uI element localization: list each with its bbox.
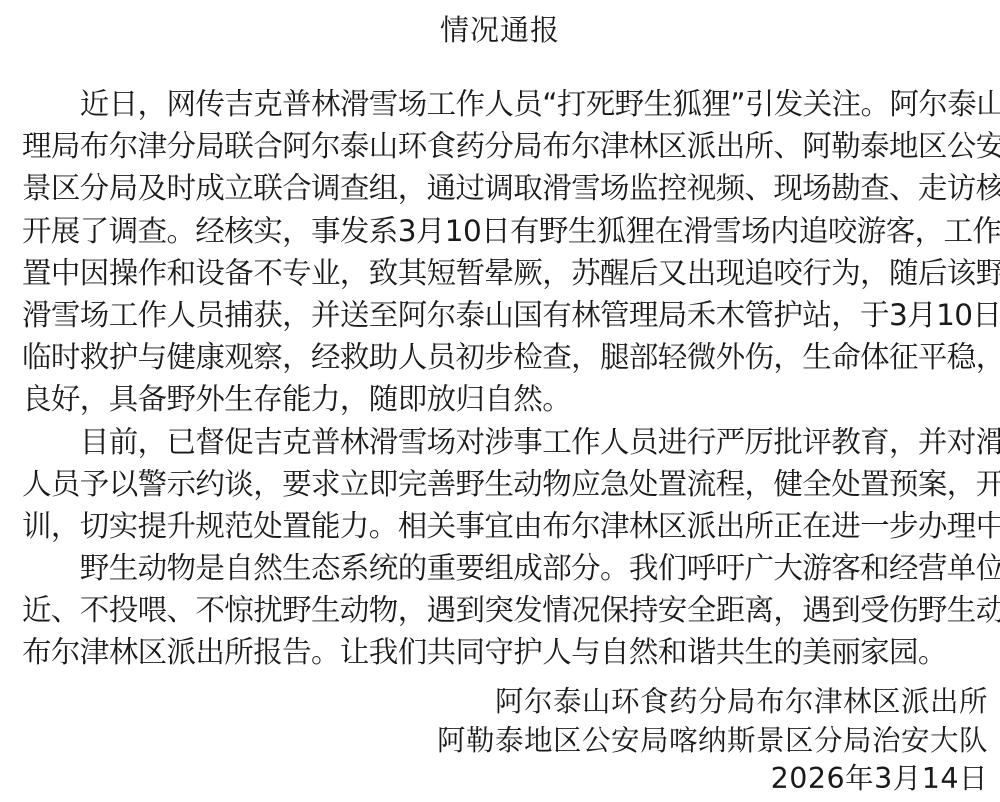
text-line: 人员予以警示约谈，要求立即完善野生动物应急处置流程，健全处置预案，开展全员培	[22, 463, 992, 505]
text-line: 近日，网传吉克普林滑雪场工作人员“打死野生狐狸”引发关注。阿尔泰山国有林管	[22, 83, 992, 125]
text-line: 近、不投喂、不惊扰野生动物，遇到突发情况保持安全距离，遇到受伤野生动物及时向	[22, 589, 992, 631]
text-line: 临时救护与健康观察，经救助人员初步检查，腿部轻微外伤，生命体征平稳，健康状况	[22, 336, 992, 378]
text-line: 良好，具备野外生存能力，随即放归自然。	[22, 378, 992, 420]
text-line: 理局布尔津分局联合阿尔泰山环食药分局布尔津林区派出所、阿勒泰地区公安局喀纳斯	[22, 125, 992, 167]
text-line: 训，切实提升规范处置能力。相关事宜由布尔津林区派出所正在进一步办理中。	[22, 505, 992, 547]
text-line: 野生动物是自然生态系统的重要组成部分。我们呼吁广大游客和经营单位：不靠	[22, 547, 992, 589]
paragraph-appeal: 野生动物是自然生态系统的重要组成部分。我们呼吁广大游客和经营单位：不靠 近、不投…	[22, 547, 992, 674]
paragraph-incident: 近日，网传吉克普林滑雪场工作人员“打死野生狐狸”引发关注。阿尔泰山国有林管 理局…	[22, 83, 992, 421]
issuer-forest-police: 阿尔泰山环食药分局布尔津林区派出所	[437, 683, 988, 722]
text-line: 景区分局及时成立联合调查组，通过调取滑雪场监控视频、现场勘查、走访核实等方式	[22, 167, 992, 209]
text-line: 目前，已督促吉克普林滑雪场对涉事工作人员进行严厉批评教育，并对滑雪场管理	[22, 421, 992, 463]
text-line: 滑雪场工作人员捕获，并送至阿尔泰山国有林管理局禾木管护站，于3月10日至12日进…	[22, 294, 992, 336]
text-line: 布尔津林区派出所报告。让我们共同守护人与自然和谐共生的美丽家园。	[22, 631, 992, 673]
text-line: 开展了调查。经核实，事发系3月10日有野生狐狸在滑雪场内追咬游客，工作人员应急处	[22, 210, 992, 252]
document-body: 近日，网传吉克普林滑雪场工作人员“打死野生狐狸”引发关注。阿尔泰山国有林管 理局…	[22, 83, 992, 674]
text-line: 置中因操作和设备不专业，致其短暂晕厥，苏醒后又出现追咬行为，随后该野生狐狸被	[22, 252, 992, 294]
paragraph-actions: 目前，已督促吉克普林滑雪场对涉事工作人员进行严厉批评教育，并对滑雪场管理 人员予…	[22, 421, 992, 548]
issuer-public-security: 阿勒泰地区公安局喀纳斯景区分局治安大队	[437, 722, 988, 761]
issue-date: 2026年3月14日	[437, 760, 988, 799]
signature-block: 阿尔泰山环食药分局布尔津林区派出所 阿勒泰地区公安局喀纳斯景区分局治安大队 20…	[437, 683, 988, 799]
document-title: 情况通报	[0, 8, 1000, 52]
